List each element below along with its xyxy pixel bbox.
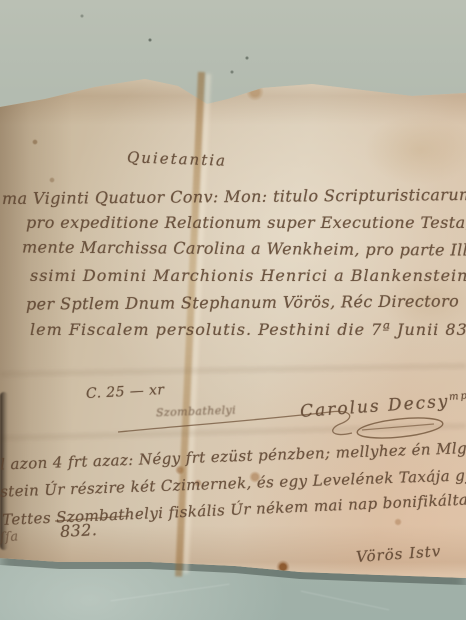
handwriting-line: lem Fiscalem persolutis. Pesthini die 7ª… bbox=[30, 320, 466, 339]
handwriting-line: ma Viginti Quatuor Conv: Mon: titulo Scr… bbox=[2, 185, 466, 208]
signature-mp-suffix: mp bbox=[449, 390, 466, 402]
table-scratch bbox=[111, 584, 230, 602]
photo-of-document: Quietantia ma Viginti Quatuor Conv: Mon:… bbox=[0, 0, 466, 620]
left-edge-fragment: ſſa bbox=[0, 529, 19, 545]
handwriting-line: per Sptlem Dnum Stephanum Vörös, Réc Dir… bbox=[26, 291, 459, 313]
document-title: Quietantia bbox=[127, 148, 228, 169]
handwriting-line: ssimi Domini Marchionis Henrici a Blanke… bbox=[30, 266, 466, 285]
handwriting-line: pro expeditione Relationum super Executi… bbox=[26, 213, 466, 232]
handwriting-line: mente Marchissa Carolina a Wenkheim, pro… bbox=[22, 237, 466, 259]
year-number: 832. bbox=[60, 520, 98, 541]
countersignature-scribble: Szombathelyi bbox=[156, 404, 236, 420]
table-scratch bbox=[301, 591, 389, 611]
